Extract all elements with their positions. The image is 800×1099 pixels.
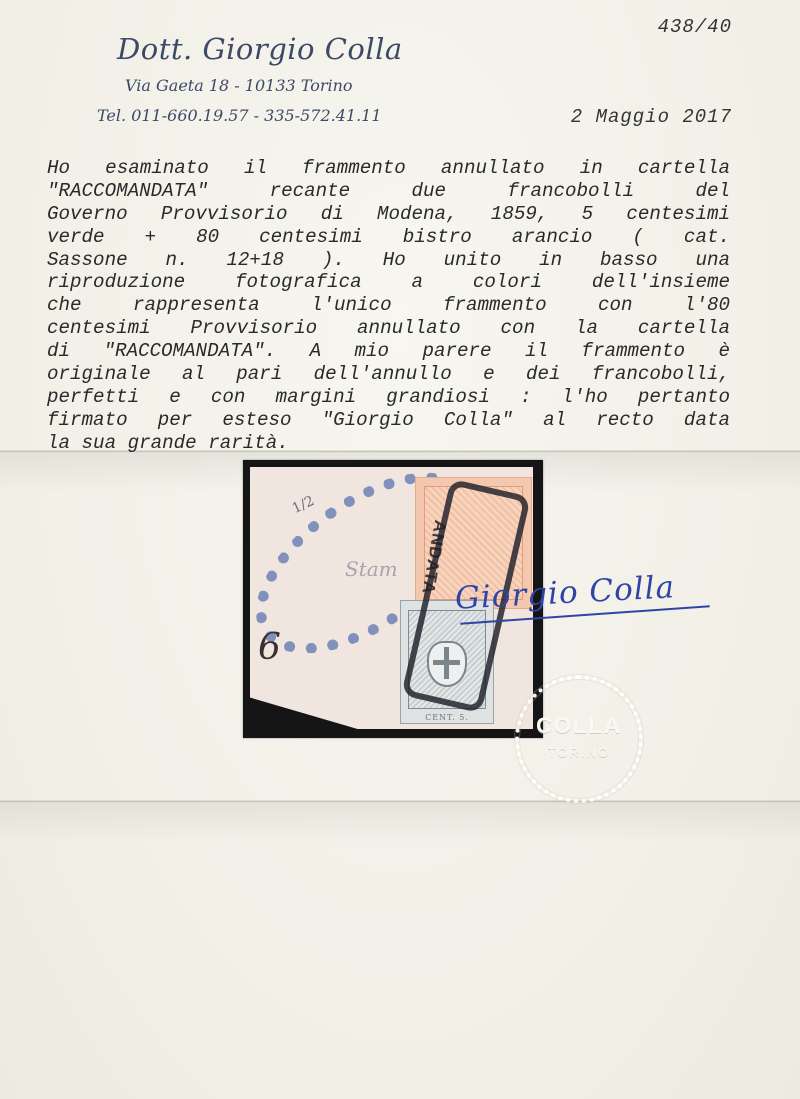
body-line: Governo Provvisorio di Modena, 1859, 5 c…: [47, 203, 730, 226]
body-line: riproduzione fotografica a colori dell'i…: [47, 271, 730, 294]
body-line: verde + 80 centesimi bistro arancio ( ca…: [47, 226, 730, 249]
body-line: "RACCOMANDATA" recante due francobolli d…: [47, 180, 730, 203]
certificate-number: 438/40: [658, 16, 732, 38]
body-line: Ho esaminato il frammento annullato in c…: [47, 157, 730, 180]
certificate-body: Ho esaminato il frammento annullato in c…: [47, 157, 730, 455]
body-line: originale al pari dell'annullo e dei fra…: [47, 363, 730, 386]
body-line: la sua grande rarità.: [47, 432, 730, 455]
seal-name: COLLA: [519, 713, 639, 739]
body-line: firmato per esteso "Giorgio Colla" al re…: [47, 409, 730, 432]
certificate-date: 2 Maggio 2017: [571, 106, 732, 128]
embossed-seal: COLLA TORINO: [515, 675, 643, 803]
fold-shadow-bottom: [0, 802, 800, 842]
seal-city: TORINO: [519, 745, 639, 760]
ink-number: 6: [258, 627, 281, 668]
pencil-scrawl: Stam: [345, 557, 398, 581]
body-line: perfetti e con margini grandiosi : l'ho …: [47, 386, 730, 409]
body-line: Sassone n. 12+18 ). Ho unito in basso un…: [47, 249, 730, 272]
letterhead-phone: Tel. 011-660.19.57 - 335-572.41.11: [97, 106, 382, 125]
paper-fold-bottom: [0, 800, 800, 803]
letterhead-address: Via Gaeta 18 - 10133 Torino: [125, 76, 353, 95]
pencil-note: 1/2: [290, 493, 317, 517]
stamp-5-value: CENT. 5.: [401, 713, 493, 722]
body-line: di "RACCOMANDATA". A mio parere il framm…: [47, 340, 730, 363]
body-line: che rappresenta l'unico frammento con l'…: [47, 294, 730, 317]
body-line: centesimi Provvisorio annullato con la c…: [47, 317, 730, 340]
letterhead-name: Dott. Giorgio Colla: [117, 32, 403, 66]
